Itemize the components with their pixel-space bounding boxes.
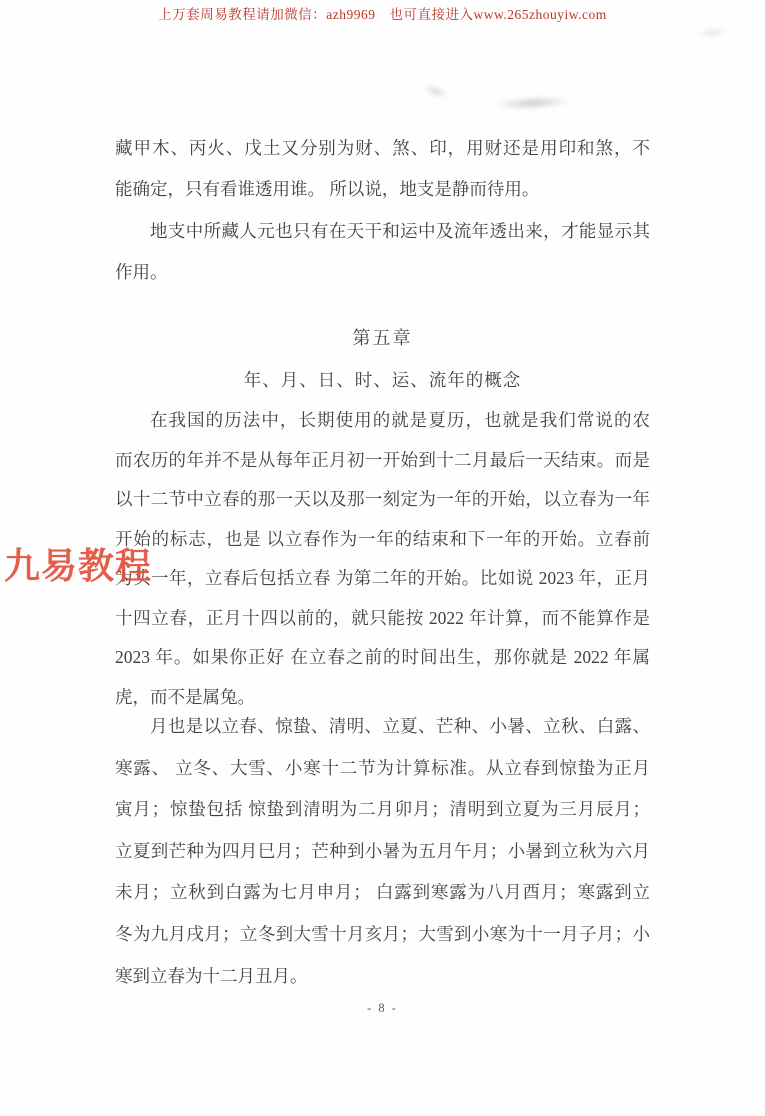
chapter-subtitle: 年、月、日、时、运、流年的概念 [0,359,765,401]
text-line: 十四立春，正月十四以前的，就只能按 2022 年计算，而不能算作是 [115,599,650,639]
text-line: 而农历的年并不是从每年正月初一开始到十二月最后一天结束。而是 [115,441,650,481]
text-line: 寒到立春为十二月丑月。 [115,956,650,998]
text-line: 地支中所藏人元也只有在天干和运中及流年透出来，才能显示其 [115,211,650,252]
text-line: 以十二节中立春的那一天以及那一刻定为一年的开始，以立春为一年 [115,480,650,520]
text-line: 开始的标志，也是 以立春作为一年的结束和下一年的开始。立春前 [115,520,650,560]
paragraph-block-4: 月也是以立春、惊蛰、清明、立夏、芒种、小暑、立秋、白露、 寒露、 立冬、大雪、小… [115,706,650,997]
text-line: 2023 年。如果你正好 在立春之前的时间出生，那你就是 2022 年属 [115,638,650,678]
text-line: 在我国的历法中，长期使用的就是夏历，也就是我们常说的农历。 [115,401,650,441]
text-line: 立夏到芒种为四月巳月；芒种到小暑为五月午月；小暑到立秋为六月 [115,831,650,873]
chapter-title: 第五章 [0,317,765,359]
text-line: 能确定，只有看谁透用谁。 所以说，地支是静而待用。 [115,169,650,210]
text-line: 月也是以立春、惊蛰、清明、立夏、芒种、小暑、立秋、白露、 [115,706,650,748]
text-line: 作用。 [115,252,650,293]
document-page: 上万套周易教程请加微信：azh9969 也可直接进入www.265zhouyiw… [0,0,765,1116]
text-line: 未月；立秋到白露为七月申月； 白露到寒露为八月酉月；寒露到立 [115,872,650,914]
scan-smudge [496,95,571,111]
text-line: 寅月；惊蛰包括 惊蛰到清明为二月卯月；清明到立夏为三月辰月； [115,789,650,831]
paragraph-block-1: 藏甲木、丙火、戊土又分别为财、煞、印，用财还是用印和煞，不 能确定，只有看谁透用… [115,128,650,294]
text-line: 冬为九月戌月；立冬到大雪十月亥月；大雪到小寒为十一月子月；小 [115,914,650,956]
text-line: 藏甲木、丙火、戊土又分别为财、煞、印，用财还是用印和煞，不 [115,128,650,169]
paragraph-block-3: 在我国的历法中，长期使用的就是夏历，也就是我们常说的农历。 而农历的年并不是从每… [115,401,650,717]
header-promo-text: 上万套周易教程请加微信：azh9969 也可直接进入www.265zhouyiw… [0,0,765,34]
text-line: 寒露、 立冬、大雪、小寒十二节为计算标准。从立春到惊蛰为正月 [115,748,650,790]
page-number: - 8 - [0,996,765,1020]
text-line: 为头一年，立春后包括立春 为第二年的开始。比如说 2023 年，正月 [115,559,650,599]
scan-smudge [422,82,450,100]
watermark-logo-text: 九易教程 [4,538,152,589]
